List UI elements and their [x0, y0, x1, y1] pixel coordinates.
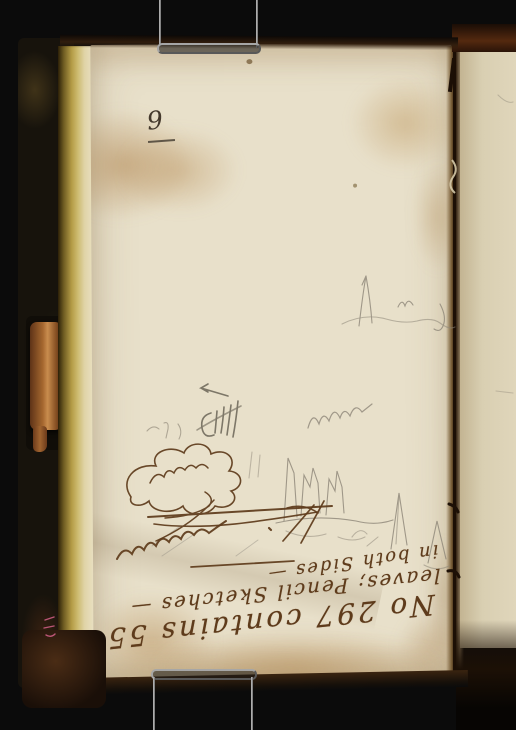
facing-page-edge: [460, 46, 516, 648]
page-number: 9: [146, 105, 165, 136]
gilt-page-fore-edges: [58, 46, 94, 680]
stain: [119, 126, 241, 215]
photograph: Hill: [0, 0, 516, 730]
clip-wire: [256, 0, 258, 48]
clip-wire: [159, 0, 161, 46]
speck: [246, 59, 252, 64]
clip-bar: [157, 43, 261, 54]
clip-wire: [153, 677, 155, 730]
stain: [348, 75, 454, 172]
cover-spine-top-right: [452, 24, 516, 52]
clip-wire: [251, 677, 253, 730]
speck: [353, 184, 357, 188]
leather-clasp-tail: [33, 426, 47, 452]
clip-bar: [151, 669, 257, 680]
